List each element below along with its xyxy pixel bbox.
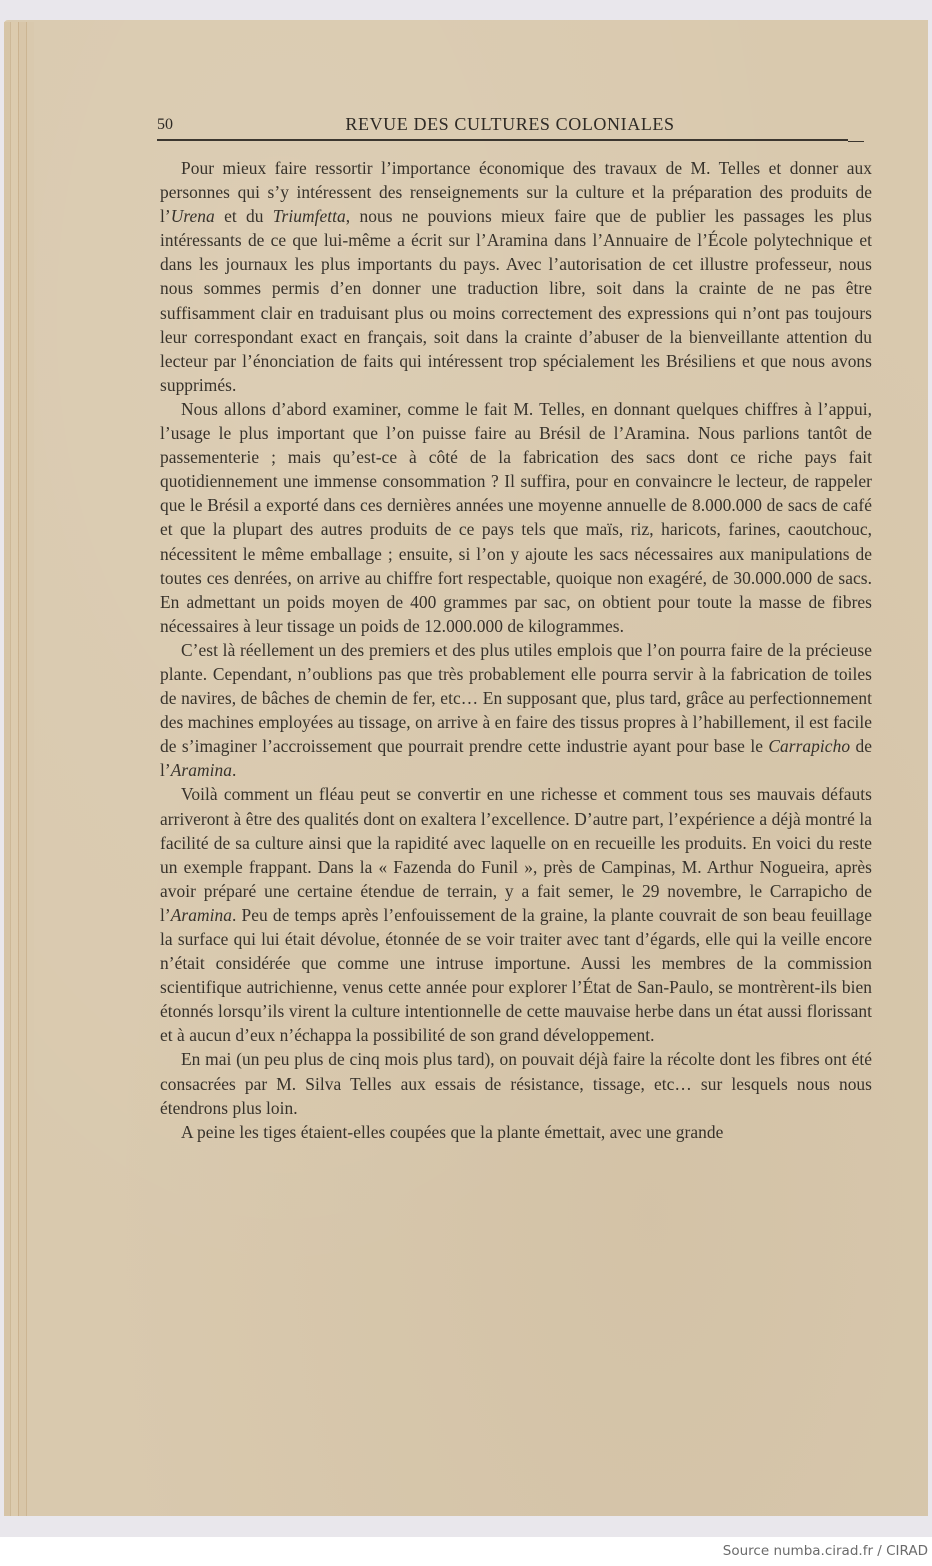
paragraph: En mai (un peu plus de cinq mois plus ta… <box>160 1047 872 1119</box>
text-run: En mai (un peu plus de cinq mois plus ta… <box>160 1049 872 1117</box>
text-run: et du <box>215 206 273 226</box>
italic-term: Carrapicho <box>768 736 850 756</box>
paragraph: Nous allons d’abord examiner, comme le f… <box>160 397 872 638</box>
text-run: Voilà comment un fléau peut se convertir… <box>160 784 872 924</box>
italic-term: Aramina <box>171 905 232 925</box>
source-credit: Source numba.cirad.fr / CIRAD <box>723 1543 928 1559</box>
italic-term: Urena <box>171 206 215 226</box>
paragraph: A peine les tiges étaient-elles coupées … <box>160 1120 872 1144</box>
text-run: . Peu de temps après l’enfouissement de … <box>160 905 872 1045</box>
text-run: C’est là réellement un des premiers et d… <box>160 640 872 756</box>
running-head: 50 REVUE DES CULTURES COLONIALES <box>157 112 863 136</box>
journal-title: REVUE DES CULTURES COLONIALES <box>157 114 863 135</box>
text-run: Nous allons d’abord examiner, comme le f… <box>160 399 872 636</box>
paragraph: Pour mieux faire ressortir l’importance … <box>160 156 872 397</box>
text-run: . <box>232 760 236 780</box>
text-run: , nous ne pouvions mieux faire que de pu… <box>160 206 872 395</box>
header-rule <box>157 139 848 141</box>
paragraph: Voilà comment un fléau peut se convertir… <box>160 782 872 1047</box>
header-rule-tail <box>848 141 864 142</box>
text-run: A peine les tiges étaient-elles coupées … <box>181 1122 723 1142</box>
article-body: Pour mieux faire ressortir l’importance … <box>160 156 872 1144</box>
page-stack-edges <box>4 22 34 1516</box>
italic-term: Triumfetta <box>273 206 346 226</box>
paragraph: C’est là réellement un des premiers et d… <box>160 638 872 783</box>
italic-term: Aramina <box>171 760 232 780</box>
